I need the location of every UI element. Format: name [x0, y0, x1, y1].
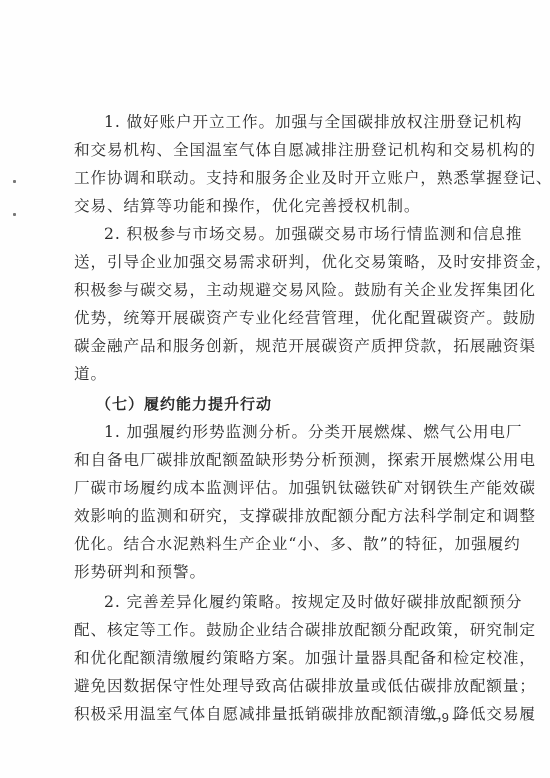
paragraph-line: 优化。结合水泥熟料生产企业“小、多、散”的特征，加强履约 — [74, 534, 478, 554]
paragraph-line: 工作协调和联动。支持和服务企业及时开立账户，熟悉掌握登记、 — [74, 168, 478, 188]
paragraph-line: 避免因数据保守性处理导致高估碳排放量或低估碳排放配额量； — [74, 676, 478, 696]
paragraph-line: 道。 — [74, 364, 478, 384]
paragraph-line: 形势研判和预警。 — [74, 562, 478, 582]
paragraph-line: 厂碳市场履约成本监测评估。加强钒钛磁铁矿对钢铁生产能效碳 — [74, 478, 478, 498]
paragraph-line: 和自备电厂碳排放配额盈缺形势分析预测，探索开展燃煤公用电 — [74, 450, 478, 470]
paragraph-line: 积极参与碳交易，主动规避交易风险。鼓励有关企业发挥集团化 — [74, 280, 478, 300]
paragraph-line: 配、核定等工作。鼓励企业结合碳排放配额分配政策，研究制定 — [74, 620, 478, 640]
paragraph-line: 效影响的监测和研究，支撑碳排放配额分配方法科学制定和调整 — [74, 506, 478, 526]
paragraph-line: 和优化配额清缴履约策略方案。加强计量器具配备和检定校准， — [74, 648, 478, 668]
page-number: — 9 — — [425, 710, 465, 725]
binding-mark — [13, 180, 16, 183]
section-heading: （七）履约能力提升行动 — [96, 394, 500, 414]
paragraph-line: 优势，统筹开展碳资产专业化经营管理，优化配置碳资产。鼓励 — [74, 308, 478, 328]
paragraph-line: 交易、结算等功能和操作，优化完善授权机制。 — [74, 196, 478, 216]
paragraph-line: 2. 完善差异化履约策略。按规定及时做好碳排放配额预分 — [104, 592, 478, 612]
paragraph-line: 1. 加强履约形势监测分析。分类开展燃煤、燃气公用电厂 — [104, 422, 478, 442]
paragraph-line: 1. 做好账户开立工作。加强与全国碳排放权注册登记机构 — [104, 112, 478, 132]
paragraph-line: 碳金融产品和服务创新，规范开展碳资产质押贷款，拓展融资渠 — [74, 336, 478, 356]
paragraph-line: 送，引导企业加强交易需求研判，优化交易策略，及时安排资金， — [74, 252, 478, 272]
paragraph-line: 积极采用温室气体自愿减排量抵销碳排放配额清缴，降低交易履 — [74, 704, 478, 724]
paragraph-line: 和交易机构、全国温室气体自愿减排注册登记机构和交易机构的 — [74, 140, 478, 160]
paragraph-line: 2. 积极参与市场交易。加强碳交易市场行情监测和信息推 — [104, 224, 478, 244]
binding-mark — [13, 213, 16, 216]
document-page: 1. 做好账户开立工作。加强与全国碳排放权注册登记机构和交易机构、全国温室气体自… — [0, 0, 550, 778]
